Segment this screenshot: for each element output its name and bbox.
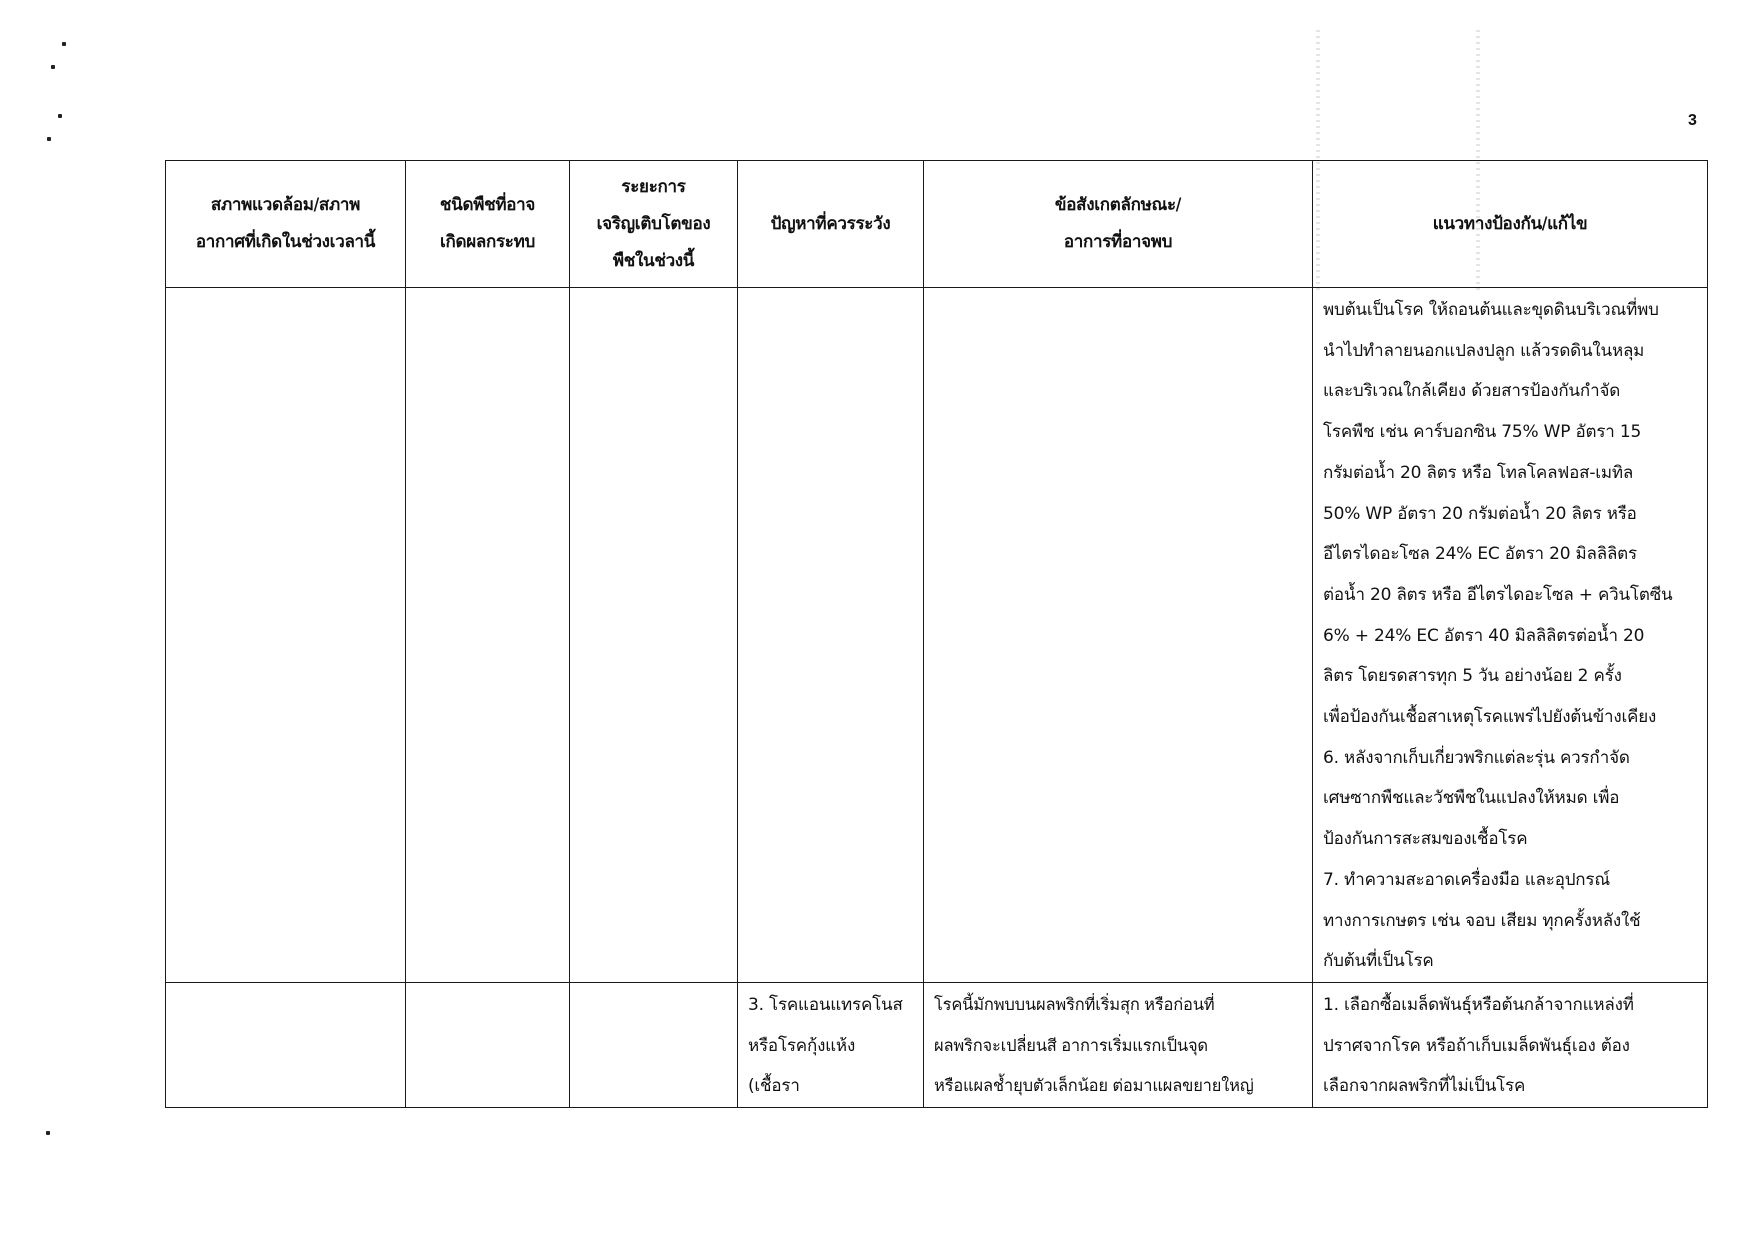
table-row: 3. โรคแอนแทรคโนส หรือโรคกุ้งแห้ง (เชื้อร… [166,982,1708,1107]
table-row: พบต้นเป็นโรค ให้ถอนต้นและขุดดินบริเวณที่… [166,288,1708,983]
cell-crop-type [406,982,570,1107]
cell-growth-stage [570,288,738,983]
cell-growth-stage [570,982,738,1107]
cell-crop-type [406,288,570,983]
scan-artifact-speck [62,42,66,46]
cell-environment [166,982,406,1107]
cell-environment [166,288,406,983]
page-number: 3 [1688,112,1697,130]
header-environment: สภาพแวดล้อม/สภาพ อากาศที่เกิดในช่วงเวลาน… [166,161,406,288]
scan-artifact-speck [46,1131,50,1135]
header-crop-type: ชนิดพืชที่อาจ เกิดผลกระทบ [406,161,570,288]
crop-disease-table: สภาพแวดล้อม/สภาพ อากาศที่เกิดในช่วงเวลาน… [165,160,1708,1108]
scan-artifact-speck [51,65,55,69]
cell-symptoms: โรคนี้มักพบบนผลพริกที่เริ่มสุก หรือก่อนท… [924,982,1313,1107]
header-problem: ปัญหาที่ควรระวัง [738,161,924,288]
cell-prevention: 1. เลือกซื้อเมล็ดพันธุ์หรือต้นกล้าจากแหล… [1313,982,1708,1107]
table-header-row: สภาพแวดล้อม/สภาพ อากาศที่เกิดในช่วงเวลาน… [166,161,1708,288]
cell-problem: 3. โรคแอนแทรคโนส หรือโรคกุ้งแห้ง (เชื้อร… [738,982,924,1107]
cell-symptoms [924,288,1313,983]
header-prevention: แนวทางป้องกัน/แก้ไข [1313,161,1708,288]
scan-artifact-speck [58,114,62,118]
cell-prevention: พบต้นเป็นโรค ให้ถอนต้นและขุดดินบริเวณที่… [1313,288,1708,983]
scan-artifact-speck [47,137,51,141]
cell-problem [738,288,924,983]
header-growth-stage: ระยะการ เจริญเติบโตของ พืชในช่วงนี้ [570,161,738,288]
header-symptoms: ข้อสังเกตลักษณะ/ อาการที่อาจพบ [924,161,1313,288]
